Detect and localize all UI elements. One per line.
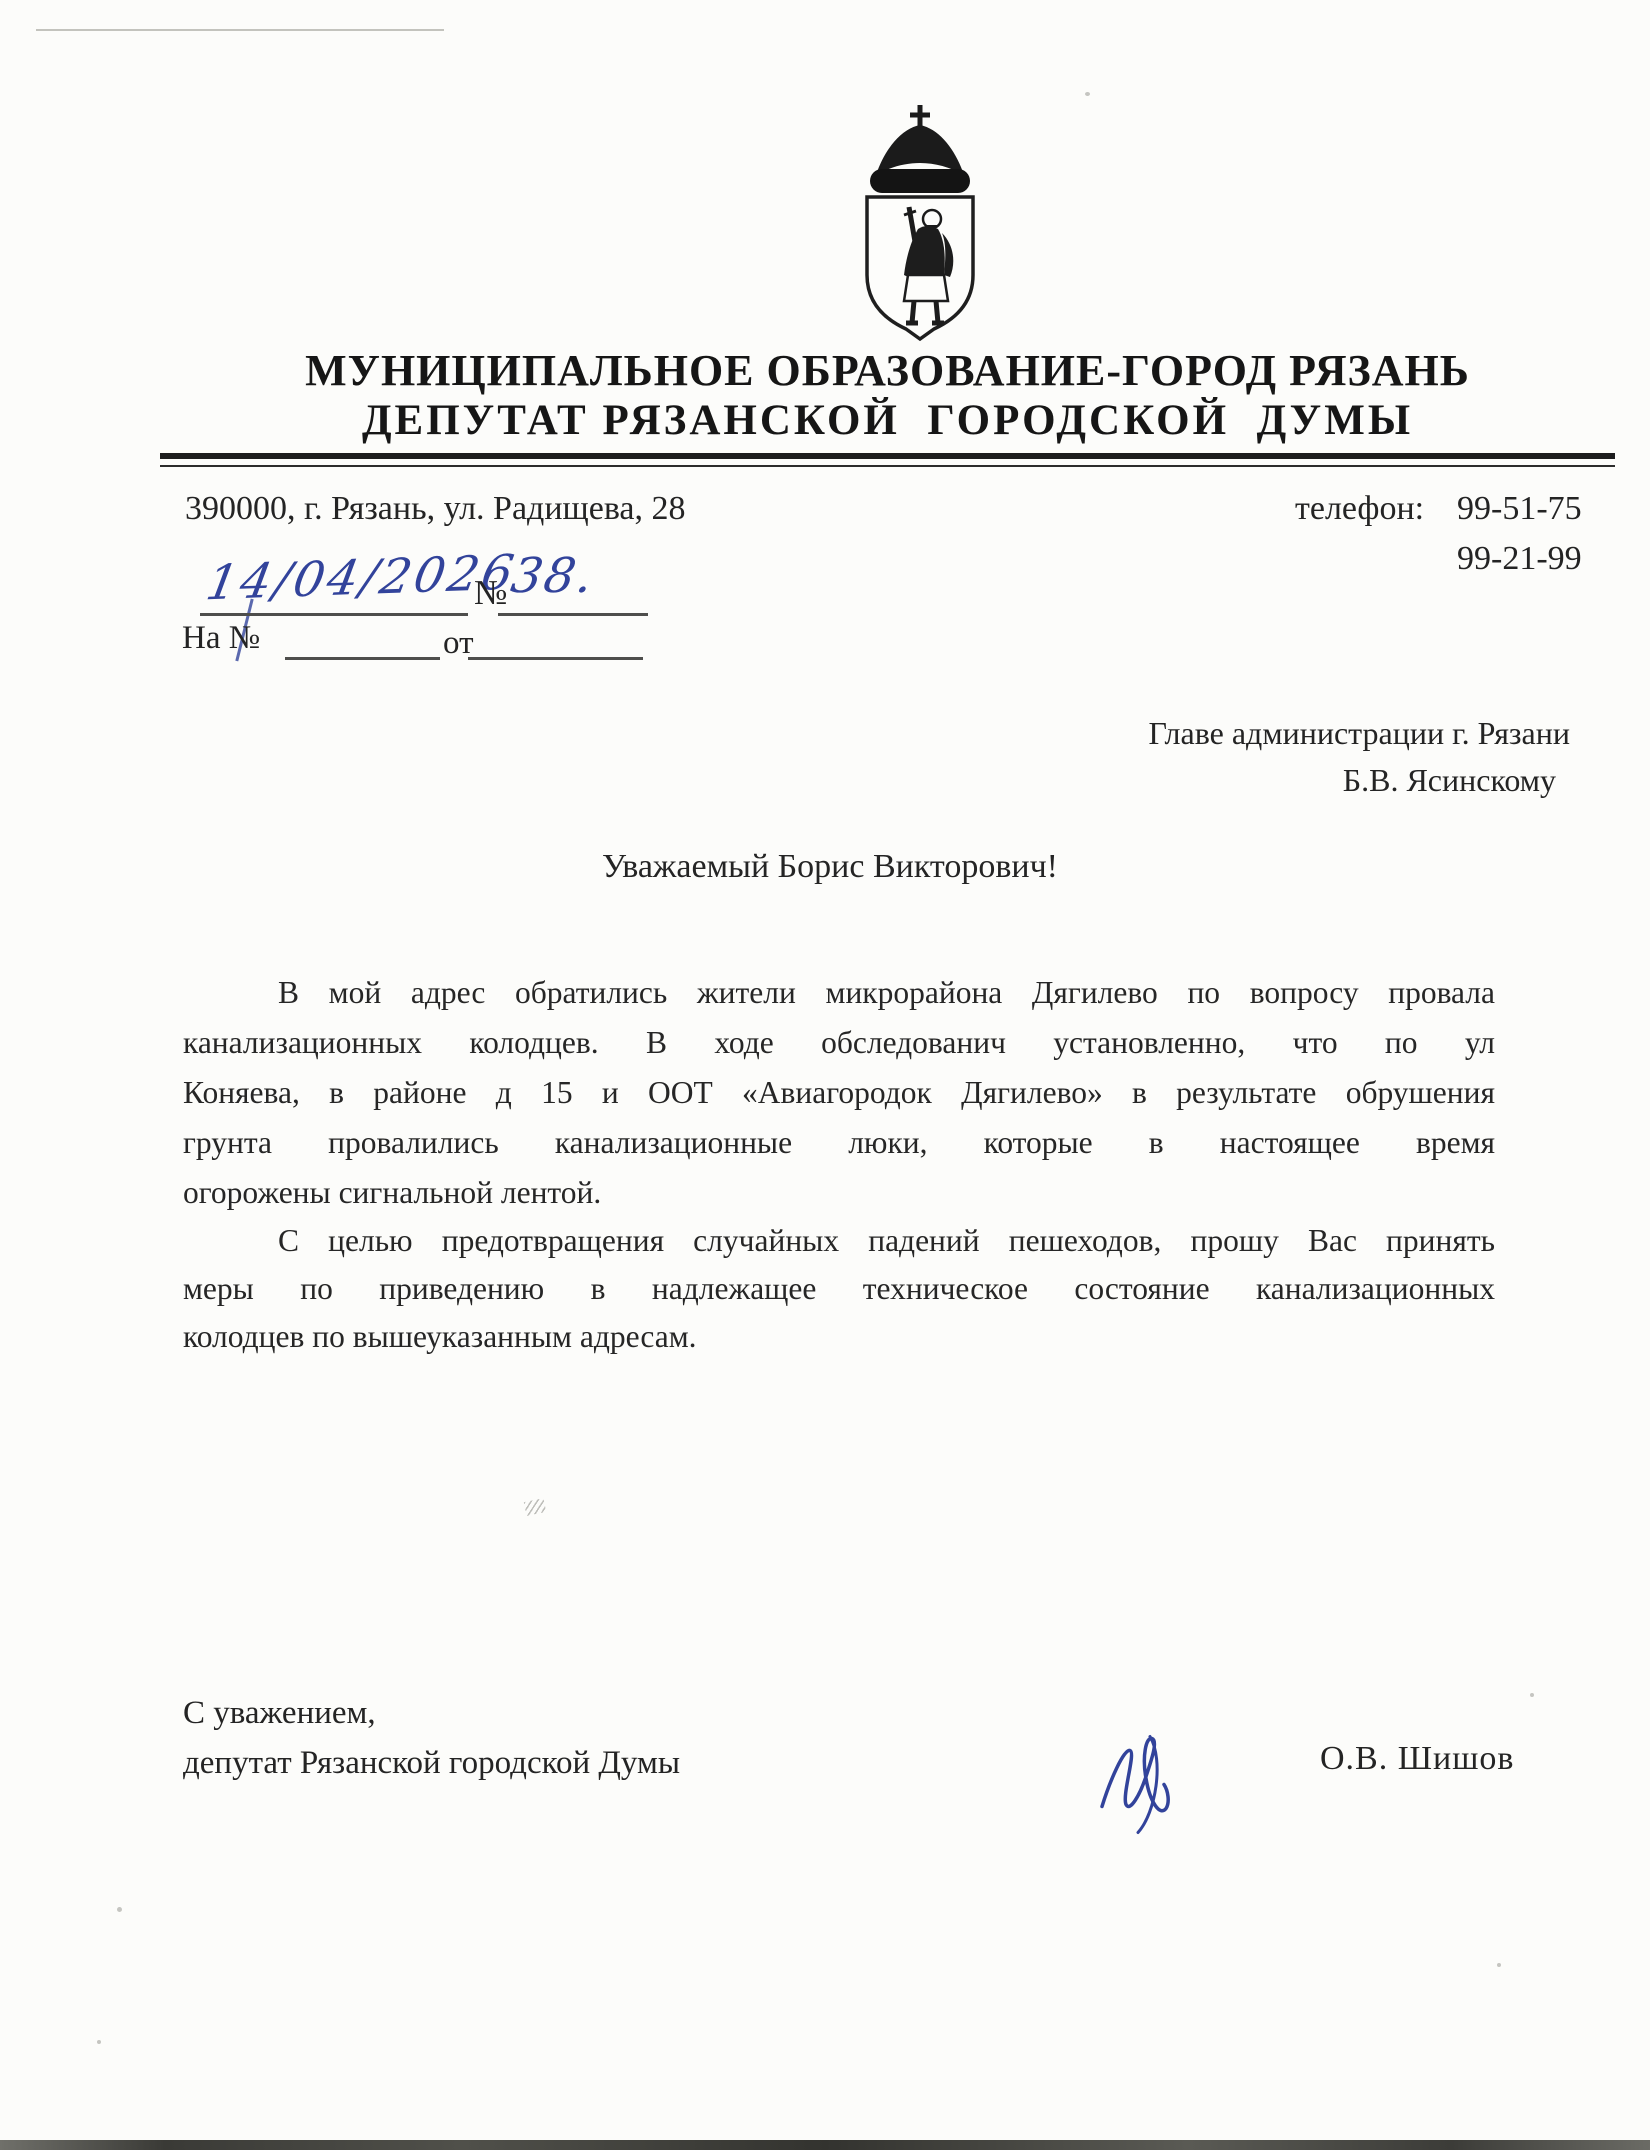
- header-rule-thick: [160, 453, 1615, 459]
- phone-number-1: 99-51-75: [1457, 490, 1582, 528]
- recipient-block: Главе администрации г. Рязани Б.В. Ясинс…: [900, 710, 1570, 804]
- body-line: меры по приведению в надлежащее техничес…: [183, 1271, 1495, 1307]
- body-line: огорожены сигнальной лентой.: [183, 1175, 1495, 1211]
- body-line: В мой адрес обратились жители микрорайон…: [183, 975, 1495, 1011]
- phone-number-2: 99-21-99: [1457, 540, 1582, 578]
- org-name-line1: МУНИЦИПАЛЬНОЕ ОБРАЗОВАНИЕ-ГОРОД РЯЗАНЬ: [160, 345, 1615, 396]
- number-sign-label: №: [474, 573, 507, 613]
- phone-label: телефон:: [1295, 490, 1424, 528]
- org-name-line2: ДЕПУТАТ РЯЗАНСКОЙ ГОРОДСКОЙ ДУМЫ: [160, 396, 1615, 445]
- scan-speck: [117, 1907, 122, 1912]
- scanner-edge-strip: [0, 2140, 1650, 2150]
- handwritten-number: 38.: [507, 548, 599, 604]
- handwritten-signature: [1080, 1718, 1240, 1843]
- scan-speck: [1085, 92, 1090, 96]
- scan-speck: [97, 2040, 101, 2044]
- date-underline: [200, 613, 468, 616]
- body-line: Коняева, в районе д 15 и ООТ «Авиагородо…: [183, 1075, 1495, 1111]
- org-address: 390000, г. Рязань, ул. Радищева, 28: [185, 490, 686, 528]
- header-rule-thin: [160, 465, 1615, 467]
- reply-to-label: На №: [182, 620, 260, 657]
- from-date-underline: [468, 657, 643, 660]
- scan-speck: [1497, 1963, 1501, 1967]
- body-line: С целью предотвращения случайных падений…: [183, 1223, 1495, 1259]
- signer-position: депутат Рязанской городской Думы: [183, 1745, 680, 1782]
- pencil-scribble-artifact: [524, 1498, 546, 1516]
- body-line: грунта провалились канализационные люки,…: [183, 1125, 1495, 1161]
- body-line: канализационных колодцев. В ходе обследо…: [183, 1025, 1495, 1061]
- recipient-title: Главе администрации г. Рязани: [900, 710, 1570, 757]
- signer-name: О.В. Шишов: [1320, 1740, 1514, 1778]
- scan-speck: [1530, 1693, 1534, 1697]
- ryazan-coat-of-arms-icon: [850, 103, 990, 343]
- recipient-name: Б.В. Ясинскому: [900, 757, 1570, 804]
- body-line: колодцев по вышеуказанным адресам.: [183, 1319, 1495, 1355]
- closing-phrase: С уважением,: [183, 1695, 376, 1732]
- reply-number-underline: [285, 657, 440, 660]
- letter-page: МУНИЦИПАЛЬНОЕ ОБРАЗОВАНИЕ-ГОРОД РЯЗАНЬ Д…: [0, 0, 1650, 2150]
- scan-artifact-line: [36, 29, 444, 31]
- number-underline: [498, 613, 648, 616]
- salutation: Уважаемый Борис Викторович!: [160, 848, 1500, 886]
